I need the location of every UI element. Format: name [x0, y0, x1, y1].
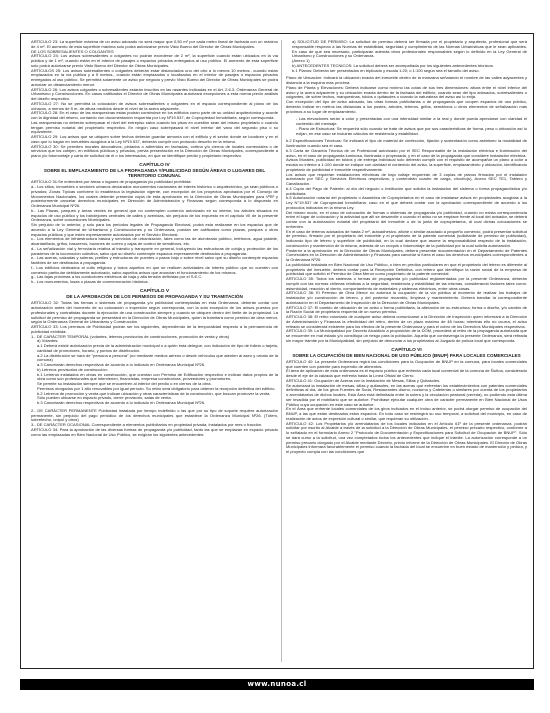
- chapter-4-title: SOBRE EL EMPLAZAMIENTO DE LA PROPAGANDA …: [31, 168, 278, 178]
- plano-estructura-bullet: - Plano de Estructura: Se requerirá sólo…: [286, 127, 527, 137]
- article-34: ARTÍCULO 34: Para la aprobación de las d…: [31, 428, 278, 438]
- avisos-murales: Avisos Murales, publicidad en toldos y d…: [286, 158, 527, 172]
- article-41-paragraph: Se autorizará la instalación de mesas, s…: [286, 384, 527, 408]
- article-32: ARTÍCULO 32: Todas las formas o sistemas…: [31, 301, 278, 325]
- chapter-4-heading: CAPÍTULO IV SOBRE EL EMPLAZAMIENTO DE LA…: [31, 163, 278, 179]
- article-42: ARTICULO 42: Los Propietarios y/o arrend…: [286, 422, 527, 455]
- article-41-area-paragraph: En el Área que enfrente locales comercia…: [286, 407, 527, 421]
- article-35: ARTICULO 35: Todos los sistemas o formas…: [286, 277, 527, 291]
- article-33-permanente: 2.- DE CARÁCTER PERMANENTE Publicidad in…: [31, 409, 278, 423]
- solicitud-permiso: a) SOLICITUD DE PERMISO: La solicitud de…: [286, 40, 527, 59]
- document-page: ARTÍCULO 23: La superficie máxima de un …: [20, 33, 534, 669]
- colocacion-paragraph: Del mismo modo, en el caso de colocación…: [286, 211, 527, 230]
- article-31-b-paragraph: Sin perjuicio de lo anterior, y solo par…: [31, 223, 278, 237]
- article-31-h: h.- Los monumentos, losas o placas de co…: [31, 280, 278, 285]
- article-36: ARTICULO 36: El Permiso de Obra Menor no…: [286, 291, 527, 305]
- chapter-5-heading: CAPÍTULO V DE LA APROBACIÓN DE LOS PERMI…: [31, 289, 278, 299]
- instalaciones-electricas: Los avisos que requieran instalaciones e…: [286, 173, 527, 187]
- right-column: a) SOLICITUD DE PERMISO: La solicitud de…: [286, 40, 527, 664]
- excepcion-aviso-adosado: Con excepción del tipo de aviso adosado,…: [286, 100, 527, 114]
- footer-url-bar: www.nunoa.cl: [20, 679, 534, 690]
- publicidad-bnup-paragraph: La publicidad instalada en Bien Nacional…: [286, 263, 527, 277]
- article-24: ARTÍCULO 24: Los avisos sobresalientes o…: [31, 54, 278, 68]
- posterior-aprobacion-paragraph: Posterior a la aprobación en la Direcció…: [286, 249, 527, 263]
- left-column: ARTÍCULO 23: La superficie máxima de un …: [31, 40, 278, 664]
- footer-url[interactable]: www.nunoa.cl: [248, 680, 307, 688]
- column-divider: [281, 40, 282, 662]
- chapter-6-title: SOBRE LA OCUPACIÓN DE BIEN NACIONAL DE U…: [286, 353, 527, 358]
- chapter-5-title: DE LA APROBACIÓN DE LOS PERMISOS DE PROP…: [31, 294, 278, 299]
- article-26: ARTÍCULO 26: Los avisos colgantes o sobr…: [31, 88, 278, 102]
- article-30: ARTÍCULO 30: Se permiten murales decorat…: [31, 145, 278, 159]
- article-38: ARTICULO 38: El retiro voluntario de cua…: [286, 315, 527, 329]
- article-31-a: a.- Los sitios, inmuebles o sectores urb…: [31, 185, 278, 209]
- autorizacion-notarial-b5: b.5 Autorización notarial del propietari…: [286, 196, 527, 210]
- plano-planta-elevaciones: Plano de Planta y Elevaciones: Deberá in…: [286, 86, 527, 100]
- article-31-b: b.- Las Plazas, parques y áreas verdes e…: [31, 209, 278, 223]
- chapter-6-heading: CAPÍTULO VI SOBRE LA OCUPACIÓN DE BIEN N…: [286, 348, 527, 358]
- article-25: ARTÍCULOS 25: Los avisos sobresalientes …: [31, 69, 278, 88]
- article-28-paragraph: Las marquesinas no deberán sobrepasar el…: [31, 121, 278, 135]
- article-39: ARTICULO 39: La Municipalidad por Decret…: [286, 329, 527, 343]
- letreros-adosados-paragraph: En el caso de letreros adosados de hasta…: [286, 230, 527, 249]
